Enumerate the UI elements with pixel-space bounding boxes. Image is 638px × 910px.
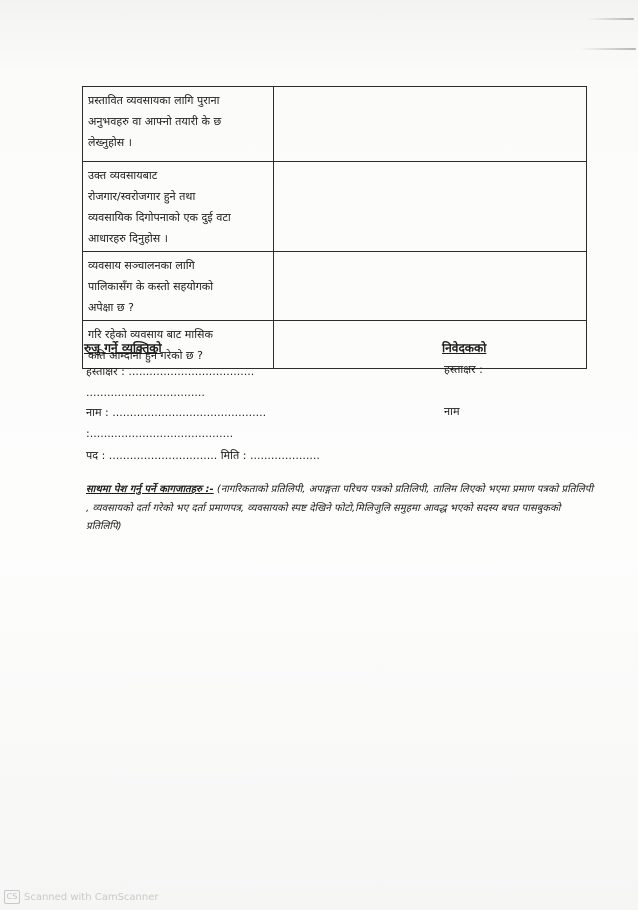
answer-cell[interactable] <box>274 87 587 162</box>
applicant-signature-label: हस्ताक्षर : <box>444 363 483 376</box>
cs-logo-icon: CS <box>4 890 20 904</box>
verifier-signature-continuation: .................................. <box>86 386 205 399</box>
required-documents-label: साथमा पेश गर्नु पर्ने कागजातहरु :- <box>86 484 214 495</box>
table-row: प्रस्तावित व्यवसायका लागि पुराना अनुभवहर… <box>83 87 587 162</box>
verifier-heading: रुजु गर्ने व्यक्तिको <box>84 339 162 356</box>
verifier-name-continuation: :.......................................… <box>86 427 233 440</box>
verifier-signature-field[interactable]: .................................... <box>128 365 254 378</box>
watermark-text: Scanned with CamScanner <box>24 892 159 903</box>
scanned-page: प्रस्तावित व्यवसायका लागि पुराना अनुभवहर… <box>0 0 638 910</box>
verifier-name-row: नाम : ..................................… <box>86 405 266 420</box>
business-questions-table: प्रस्तावित व्यवसायका लागि पुराना अनुभवहर… <box>82 86 587 369</box>
answer-cell[interactable] <box>274 252 587 321</box>
question-cell: प्रस्तावित व्यवसायका लागि पुराना अनुभवहर… <box>83 87 274 162</box>
applicant-signature-row: हस्ताक्षर : <box>444 362 483 377</box>
position-label: पद : <box>86 449 105 462</box>
verifier-signature-field-cont[interactable]: .................................. <box>86 386 205 399</box>
verifier-signature-label: हस्ताक्षर : <box>86 365 125 378</box>
answer-cell[interactable] <box>274 321 587 369</box>
camscanner-watermark: CS Scanned with CamScanner <box>4 890 159 904</box>
scan-edge-mark <box>580 48 636 50</box>
verifier-name-label: नाम : <box>86 406 109 419</box>
verifier-position-date-row: पद : ............................... मित… <box>86 448 320 463</box>
answer-cell[interactable] <box>274 162 587 252</box>
scan-edge-mark <box>588 18 634 20</box>
applicant-name-label: नाम <box>444 405 460 418</box>
question-cell: उक्त व्यवसायबाट रोजगार/स्वरोजगार हुने तथ… <box>83 162 274 252</box>
verifier-signature-row: हस्ताक्षर : ............................… <box>86 364 254 379</box>
required-documents-note: साथमा पेश गर्नु पर्ने कागजातहरु :- (नागर… <box>86 481 596 537</box>
table-row: व्यवसाय सञ्चालनका लागि पालिकासँग के कस्त… <box>83 252 587 321</box>
question-cell: व्यवसाय सञ्चालनका लागि पालिकासँग के कस्त… <box>83 252 274 321</box>
verifier-name-field-cont[interactable]: :.......................................… <box>86 427 233 440</box>
date-label: मिति : <box>221 449 247 462</box>
position-field[interactable]: ............................... <box>109 449 217 462</box>
table-row: उक्त व्यवसायबाट रोजगार/स्वरोजगार हुने तथ… <box>83 162 587 252</box>
applicant-name-row: नाम <box>444 404 460 419</box>
date-field[interactable]: .................... <box>250 449 320 462</box>
verifier-name-field[interactable]: ........................................… <box>112 406 266 419</box>
applicant-heading: निवेदकको <box>442 339 486 356</box>
